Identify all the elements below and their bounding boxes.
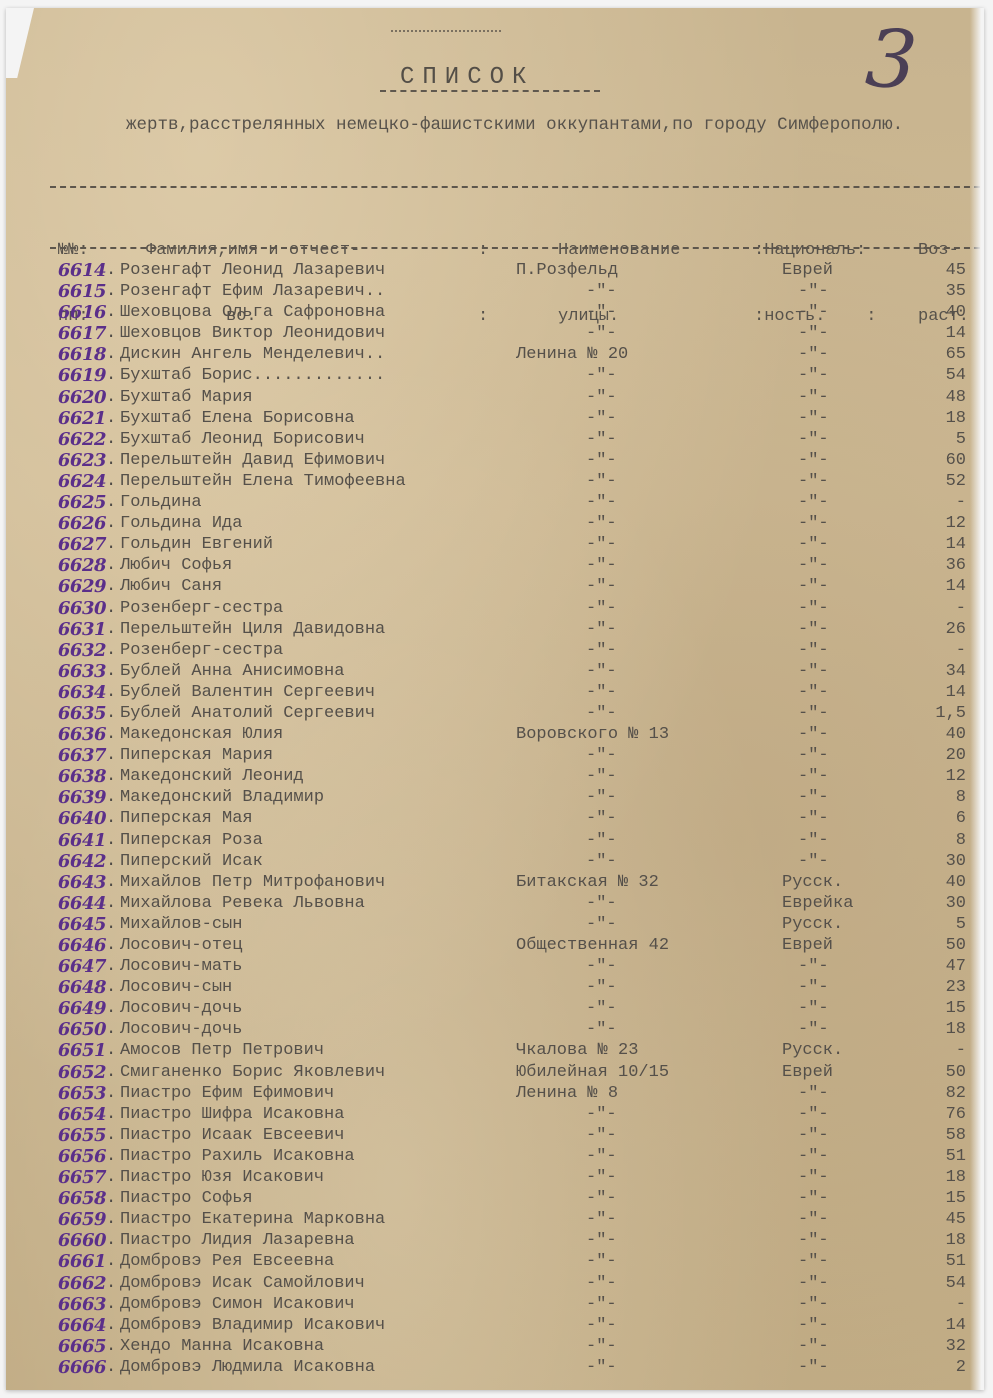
nationality: -"-: [798, 429, 829, 450]
nationality: -"-: [798, 808, 829, 829]
age: 51: [918, 1146, 966, 1167]
nationality: -"-: [798, 1125, 829, 1146]
victim-name: Домбровэ Исак Самойлович: [120, 1273, 365, 1294]
street: Битакская № 32: [516, 872, 746, 893]
number-dot: .: [106, 555, 116, 576]
victim-name: Пиперская Мая: [120, 808, 253, 829]
street: -"-: [586, 745, 617, 766]
table-row: 6621.Бухштаб Елена Борисовна-"--"-18: [6, 408, 984, 429]
number-dot: .: [106, 1209, 116, 1230]
street: -"-: [586, 387, 617, 408]
age: 32: [918, 1336, 966, 1357]
nationality: -"-: [798, 1188, 829, 1209]
nationality: -"-: [798, 830, 829, 851]
table-row: 6623.Перельштейн Давид Ефимович-"--"-60: [6, 450, 984, 471]
street: Ленина № 8: [516, 1083, 746, 1104]
victim-name: Домбровэ Людмила Исаковна: [120, 1357, 375, 1378]
nationality: -"-: [798, 766, 829, 787]
nationality: -"-: [798, 724, 829, 745]
victim-name: Пиастро Ефим Ефимович: [120, 1083, 334, 1104]
number-dot: .: [106, 408, 116, 429]
record-number: 6618: [32, 344, 106, 365]
table-row: 6631.Перельштейн Циля Давидовна-"--"-26: [6, 619, 984, 640]
victim-name: Бухштаб Мария: [120, 387, 253, 408]
number-dot: .: [106, 640, 116, 661]
nationality: -"-: [798, 513, 829, 534]
table-row: 6666.Домбровэ Людмила Исаковна-"--"-2: [6, 1357, 984, 1378]
table-row: 6662.Домбровэ Исак Самойлович-"--"-54: [6, 1273, 984, 1294]
nationality: -"-: [798, 576, 829, 597]
record-number: 6619: [32, 365, 106, 386]
street: -"-: [586, 471, 617, 492]
age: 45: [918, 260, 966, 281]
victim-name: Смиганенко Борис Яковлевич: [120, 1062, 385, 1083]
street: -"-: [586, 787, 617, 808]
number-dot: .: [106, 893, 116, 914]
age: 5: [918, 914, 966, 935]
table-row: 6635.Бублей Анатолий Сергеевич-"--"-1,5: [6, 703, 984, 724]
number-dot: .: [106, 281, 116, 302]
age: 14: [918, 1315, 966, 1336]
age: 12: [918, 513, 966, 534]
age: 20: [918, 745, 966, 766]
table-row: 6654.Пиастро Шифра Исаковна-"--"-76: [6, 1104, 984, 1125]
nationality: Еврей: [782, 935, 833, 956]
nationality: Русск.: [782, 914, 843, 935]
age: 23: [918, 977, 966, 998]
header-bottom-rule: [50, 247, 980, 249]
victim-name: Амосов Петр Петрович: [120, 1040, 324, 1061]
age: 15: [918, 1188, 966, 1209]
age: 48: [918, 387, 966, 408]
nationality: -"-: [798, 1251, 829, 1272]
victim-name: Пиастро Шифра Исаковна: [120, 1104, 344, 1125]
number-dot: .: [106, 1040, 116, 1061]
nationality: -"-: [798, 1315, 829, 1336]
record-number: 6625: [32, 492, 106, 513]
table-row: 6665.Хендо Манна Исаковна-"--"-32: [6, 1336, 984, 1357]
age: 15: [918, 998, 966, 1019]
street: -"-: [586, 492, 617, 513]
record-number: 6615: [32, 281, 106, 302]
nationality: -"-: [798, 661, 829, 682]
record-number: 6649: [32, 998, 106, 1019]
nationality: Еврей: [782, 260, 833, 281]
nationality: -"-: [798, 534, 829, 555]
street: -"-: [586, 661, 617, 682]
table-row: 6643.Михайлов Петр МитрофановичБитакская…: [6, 872, 984, 893]
number-dot: .: [106, 1083, 116, 1104]
table-row: 6640.Пиперская Мая-"--"-6: [6, 808, 984, 829]
nationality: -"-: [798, 1146, 829, 1167]
record-number: 6655: [32, 1125, 106, 1146]
record-number: 6652: [32, 1062, 106, 1083]
record-number: 6666: [32, 1357, 106, 1378]
nationality: -"-: [798, 281, 829, 302]
table-row: 6627.Гольдин Евгений-"--"-14: [6, 534, 984, 555]
street: -"-: [586, 1188, 617, 1209]
number-dot: .: [106, 851, 116, 872]
street: -"-: [586, 682, 617, 703]
record-number: 6653: [32, 1083, 106, 1104]
record-number: 6650: [32, 1019, 106, 1040]
number-dot: .: [106, 344, 116, 365]
table-row: 6649.Лосович-дочь-"--"-15: [6, 998, 984, 1019]
table-row: 6625.Гольдина-"--"--: [6, 492, 984, 513]
number-dot: .: [106, 1188, 116, 1209]
victim-name: Бухштаб Леонид Борисович: [120, 429, 365, 450]
victim-name: Домбровэ Симон Исакович: [120, 1294, 355, 1315]
street: -"-: [586, 893, 617, 914]
number-dot: .: [106, 429, 116, 450]
street: -"-: [586, 830, 617, 851]
street: -"-: [586, 323, 617, 344]
table-row: 6637.Пиперская Мария-"--"-20: [6, 745, 984, 766]
street: -"-: [586, 598, 617, 619]
number-dot: .: [106, 935, 116, 956]
age: 30: [918, 851, 966, 872]
street: -"-: [586, 956, 617, 977]
victim-name: Михайлов Петр Митрофанович: [120, 872, 385, 893]
number-dot: .: [106, 1104, 116, 1125]
nationality: -"-: [798, 344, 829, 365]
nationality: -"-: [798, 408, 829, 429]
age: 26: [918, 619, 966, 640]
table-row: 6626.Гольдина Ида-"--"-12: [6, 513, 984, 534]
street: -"-: [586, 1336, 617, 1357]
age: 60: [918, 450, 966, 471]
record-number: 6641: [32, 830, 106, 851]
table-row: 6647.Лосович-мать-"--"-47: [6, 956, 984, 977]
nationality: -"-: [798, 956, 829, 977]
age: 8: [918, 830, 966, 851]
street: П.Розфельд: [516, 260, 746, 281]
table-row: 6661.Домбровэ Рея Евсеевна-"--"-51: [6, 1251, 984, 1272]
street: -"-: [586, 1251, 617, 1272]
victim-name: Лосович-отец: [120, 935, 242, 956]
victim-name: Перельштейн Циля Давидовна: [120, 619, 385, 640]
document-page: 3 СПИСОК жертв,расстрелянных немецко-фаш…: [6, 8, 984, 1390]
number-dot: .: [106, 808, 116, 829]
table-row: 6622.Бухштаб Леонид Борисович-"--"-5: [6, 429, 984, 450]
victim-name: Шеховцов Виктор Леонидович: [120, 323, 385, 344]
age: 82: [918, 1083, 966, 1104]
nationality: Русск.: [782, 1040, 843, 1061]
street: -"-: [586, 302, 617, 323]
record-number: 6665: [32, 1336, 106, 1357]
street: -"-: [586, 977, 617, 998]
victim-name: Пиастро Лидия Лазаревна: [120, 1230, 355, 1251]
age: 18: [918, 1167, 966, 1188]
number-dot: .: [106, 323, 116, 344]
victim-name: Лосович-сын: [120, 977, 232, 998]
age: 14: [918, 323, 966, 344]
nationality: -"-: [798, 555, 829, 576]
street: -"-: [586, 1315, 617, 1336]
number-dot: .: [106, 1230, 116, 1251]
victim-name: Пиперская Мария: [120, 745, 273, 766]
victim-name: Михайлова Ревека Львовна: [120, 893, 365, 914]
victim-name: Македонский Леонид: [120, 766, 304, 787]
victim-name: Хендо Манна Исаковна: [120, 1336, 324, 1357]
table-row: 6628.Любич Софья-"--"-36: [6, 555, 984, 576]
number-dot: .: [106, 787, 116, 808]
number-dot: .: [106, 365, 116, 386]
street: -"-: [586, 365, 617, 386]
record-number: 6632: [32, 640, 106, 661]
nationality: -"-: [798, 619, 829, 640]
age: 47: [918, 956, 966, 977]
table-row: 6656.Пиастро Рахиль Исаковна-"--"-51: [6, 1146, 984, 1167]
nationality: -"-: [798, 1104, 829, 1125]
record-number: 6661: [32, 1251, 106, 1272]
nationality: -"-: [798, 977, 829, 998]
victim-name: Пиастро Исаак Евсеевич: [120, 1125, 344, 1146]
number-dot: .: [106, 1019, 116, 1040]
age: 6: [918, 808, 966, 829]
number-dot: .: [106, 1336, 116, 1357]
number-dot: .: [106, 914, 116, 935]
street: -"-: [586, 766, 617, 787]
victim-name: Шеховцова Ольга Сафроновна: [120, 302, 385, 323]
table-row: 6616.Шеховцова Ольга Сафроновна-"--"-40: [6, 302, 984, 323]
table-row: 6617.Шеховцов Виктор Леонидович-"--"-14: [6, 323, 984, 344]
victim-name: Перельштейн Елена Тимофеевна: [120, 471, 406, 492]
record-number: 6654: [32, 1104, 106, 1125]
street: Общественная 42: [516, 935, 746, 956]
record-number: 6631: [32, 619, 106, 640]
age: 34: [918, 661, 966, 682]
number-dot: .: [106, 1251, 116, 1272]
victim-name: Любич Софья: [120, 555, 232, 576]
nationality: -"-: [798, 492, 829, 513]
street: -"-: [586, 914, 617, 935]
record-number: 6616: [32, 302, 106, 323]
age: 58: [918, 1125, 966, 1146]
street: -"-: [586, 408, 617, 429]
street: -"-: [586, 808, 617, 829]
number-dot: .: [106, 977, 116, 998]
street: -"-: [586, 1167, 617, 1188]
record-number: 6660: [32, 1230, 106, 1251]
street: Воровского № 13: [516, 724, 746, 745]
table-row: 6657.Пиастро Юзя Исакович-"--"-18: [6, 1167, 984, 1188]
victim-name: Македонский Владимир: [120, 787, 324, 808]
nationality: -"-: [798, 323, 829, 344]
victim-name: Бухштаб Борис.............: [120, 365, 385, 386]
age: 8: [918, 787, 966, 808]
number-dot: .: [106, 1125, 116, 1146]
age: 14: [918, 682, 966, 703]
record-number: 6640: [32, 808, 106, 829]
nationality: -"-: [798, 703, 829, 724]
age: 65: [918, 344, 966, 365]
record-number: 6627: [32, 534, 106, 555]
record-number: 6630: [32, 598, 106, 619]
street: -"-: [586, 1273, 617, 1294]
number-dot: .: [106, 724, 116, 745]
table-row: 6636.Македонская ЮлияВоровского № 13-"-4…: [6, 724, 984, 745]
victim-name: Гольдина Ида: [120, 513, 242, 534]
number-dot: .: [106, 387, 116, 408]
age: 18: [918, 1230, 966, 1251]
age: 54: [918, 1273, 966, 1294]
age: 14: [918, 576, 966, 597]
number-dot: .: [106, 1294, 116, 1315]
victim-name: Лосович-мать: [120, 956, 242, 977]
victim-name: Бухштаб Елена Борисовна: [120, 408, 355, 429]
table-row: 6614.Розенгафт Леонид ЛазаревичП.Розфель…: [6, 260, 984, 281]
age: 36: [918, 555, 966, 576]
street: -"-: [586, 703, 617, 724]
record-number: 6617: [32, 323, 106, 344]
age: 12: [918, 766, 966, 787]
document-title: СПИСОК: [400, 64, 534, 91]
victim-name: Бублей Анатолий Сергеевич: [120, 703, 375, 724]
nationality: -"-: [798, 1209, 829, 1230]
victim-name: Перельштейн Давид Ефимович: [120, 450, 385, 471]
table-row: 6630.Розенберг-сестра-"--"--: [6, 598, 984, 619]
record-number: 6621: [32, 408, 106, 429]
record-number: 6664: [32, 1315, 106, 1336]
age: 18: [918, 1019, 966, 1040]
table-row: 6638.Македонский Леонид-"--"-12: [6, 766, 984, 787]
age: 30: [918, 893, 966, 914]
nationality: Русск.: [782, 872, 843, 893]
street: -"-: [586, 555, 617, 576]
top-dotted-line: [391, 30, 501, 32]
age: -: [918, 1040, 966, 1061]
title-underline: [380, 90, 600, 92]
table-row: 6634.Бублей Валентин Сергеевич-"--"-14: [6, 682, 984, 703]
street: Чкалова № 23: [516, 1040, 746, 1061]
nationality: -"-: [798, 365, 829, 386]
nationality: -"-: [798, 998, 829, 1019]
victim-name: Пиастро Софья: [120, 1188, 253, 1209]
victim-name: Михайлов-сын: [120, 914, 242, 935]
table-row: 6646.Лосович-отецОбщественная 42Еврей50: [6, 935, 984, 956]
nationality: Еврейка: [782, 893, 853, 914]
victim-name: Македонская Юлия: [120, 724, 283, 745]
age: 50: [918, 935, 966, 956]
table-row: 6632.Розенберг-сестра-"--"--: [6, 640, 984, 661]
table-row: 6615.Розенгафт Ефим Лазаревич..-"--"-35: [6, 281, 984, 302]
table-row: 6659.Пиастро Екатерина Марковна-"--"-45: [6, 1209, 984, 1230]
number-dot: .: [106, 766, 116, 787]
record-number: 6635: [32, 703, 106, 724]
street: -"-: [586, 450, 617, 471]
table-row: 6652.Смиганенко Борис ЯковлевичЮбилейная…: [6, 1062, 984, 1083]
victim-name: Розенберг-сестра: [120, 640, 283, 661]
nationality: -"-: [798, 1167, 829, 1188]
victim-name: Розенгафт Леонид Лазаревич: [120, 260, 385, 281]
victim-name: Пиперская Роза: [120, 830, 263, 851]
record-number: 6659: [32, 1209, 106, 1230]
street: -"-: [586, 851, 617, 872]
age: 40: [918, 724, 966, 745]
street: -"-: [586, 998, 617, 1019]
number-dot: .: [106, 302, 116, 323]
nationality: Еврей: [782, 1062, 833, 1083]
nationality: -"-: [798, 1336, 829, 1357]
age: 40: [918, 302, 966, 323]
number-dot: .: [106, 534, 116, 555]
table-row: 6618.Дискин Ангель Менделевич..Ленина № …: [6, 344, 984, 365]
victim-name: Розенберг-сестра: [120, 598, 283, 619]
nationality: -"-: [798, 745, 829, 766]
nationality: -"-: [798, 1019, 829, 1040]
victim-name: Домбровэ Рея Евсеевна: [120, 1251, 334, 1272]
number-dot: .: [106, 1146, 116, 1167]
victim-name: Домбровэ Владимир Исакович: [120, 1315, 385, 1336]
record-number: 6662: [32, 1273, 106, 1294]
record-number: 6638: [32, 766, 106, 787]
record-number: 6657: [32, 1167, 106, 1188]
record-number: 6622: [32, 429, 106, 450]
record-number: 6648: [32, 977, 106, 998]
age: 5: [918, 429, 966, 450]
nationality: -"-: [798, 682, 829, 703]
street: -"-: [586, 513, 617, 534]
nationality: -"-: [798, 1273, 829, 1294]
street: -"-: [586, 1019, 617, 1040]
street: -"-: [586, 1209, 617, 1230]
nationality: -"-: [798, 1357, 829, 1378]
age: 14: [918, 534, 966, 555]
age: 18: [918, 408, 966, 429]
street: -"-: [586, 640, 617, 661]
table-row: 6655.Пиастро Исаак Евсеевич-"--"-58: [6, 1125, 984, 1146]
record-number: 6620: [32, 387, 106, 408]
street: -"-: [586, 1146, 617, 1167]
record-number: 6614: [32, 260, 106, 281]
victim-name: Гольдина: [120, 492, 202, 513]
street: -"-: [586, 281, 617, 302]
record-number: 6646: [32, 935, 106, 956]
victims-list: 6614.Розенгафт Леонид ЛазаревичП.Розфель…: [6, 260, 984, 1378]
victim-name: Лосович-дочь: [120, 1019, 242, 1040]
record-number: 6629: [32, 576, 106, 597]
nationality: -"-: [798, 387, 829, 408]
age: 51: [918, 1251, 966, 1272]
record-number: 6643: [32, 872, 106, 893]
victim-name: Пиперский Исак: [120, 851, 263, 872]
victim-name: Гольдин Евгений: [120, 534, 273, 555]
nationality: -"-: [798, 598, 829, 619]
table-row: 6650.Лосович-дочь-"--"-18: [6, 1019, 984, 1040]
age: 50: [918, 1062, 966, 1083]
age: -: [918, 598, 966, 619]
number-dot: .: [106, 1062, 116, 1083]
victim-name: Лосович-дочь: [120, 998, 242, 1019]
record-number: 6658: [32, 1188, 106, 1209]
record-number: 6647: [32, 956, 106, 977]
record-number: 6628: [32, 555, 106, 576]
nationality: -"-: [798, 1294, 829, 1315]
number-dot: .: [106, 450, 116, 471]
table-row: 6620.Бухштаб Мария-"--"-48: [6, 387, 984, 408]
record-number: 6642: [32, 851, 106, 872]
age: 52: [918, 471, 966, 492]
number-dot: .: [106, 260, 116, 281]
age: -: [918, 1294, 966, 1315]
nationality: -"-: [798, 851, 829, 872]
age: 2: [918, 1357, 966, 1378]
record-number: 6624: [32, 471, 106, 492]
number-dot: .: [106, 682, 116, 703]
record-number: 6633: [32, 661, 106, 682]
street: Ленина № 20: [516, 344, 746, 365]
